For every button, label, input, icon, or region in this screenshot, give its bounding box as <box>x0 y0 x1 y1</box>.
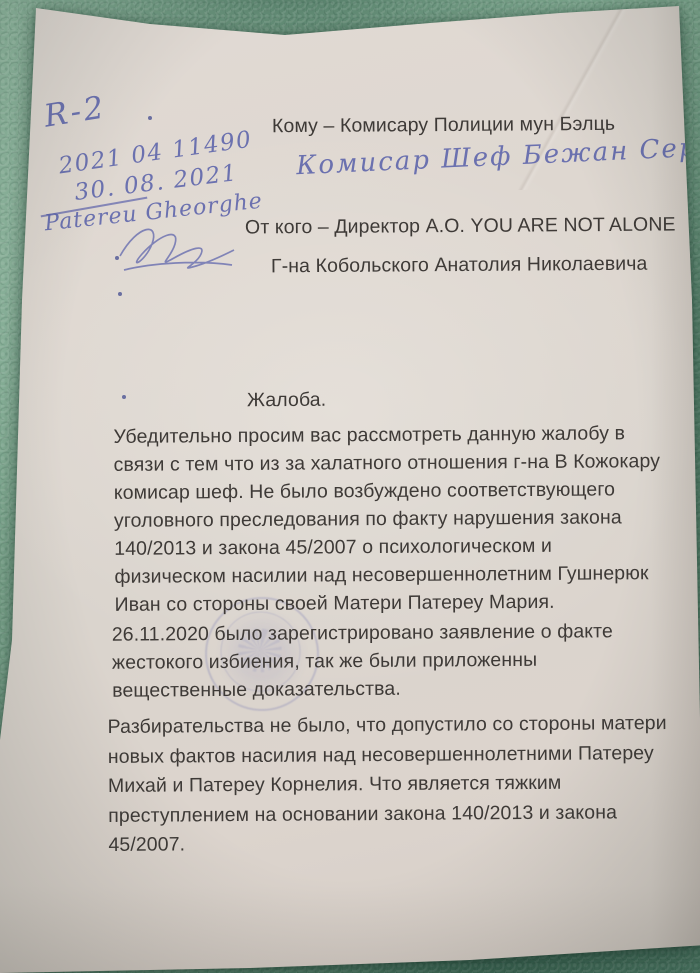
paragraph-1: Убедительно просим вас рассмотреть данну… <box>113 419 661 619</box>
text-line: новых фактов насилия над несовершеннолет… <box>108 739 667 772</box>
text-line: уголовного преследования по факту наруше… <box>114 503 661 535</box>
text-line: 26.11.2020 было зарегистрировано заявлен… <box>112 617 613 648</box>
text-line: Убедительно просим вас рассмотреть данну… <box>113 419 660 451</box>
paragraph-3: Разбирательства не было, что допустило с… <box>107 709 667 860</box>
text-line: 45/2007. <box>108 827 667 860</box>
text-line: 140/2013 и закона 45/2007 о психологичес… <box>114 531 661 563</box>
ink-dot <box>122 395 126 399</box>
text-line: преступлением на основании закона 140/20… <box>108 798 667 831</box>
ink-dot <box>118 292 122 296</box>
sender-line: От кого – Директор А.О. YOU ARE NOT ALON… <box>245 210 676 241</box>
ink-dot <box>148 116 152 120</box>
text-line: Иван со стороны своей Матери Патереу Мар… <box>114 587 661 619</box>
text-line: жестокого избиения, так же были приложен… <box>112 645 613 676</box>
text-line: Разбирательства не было, что допустило с… <box>107 709 666 742</box>
text-line: вещественные доказательства. <box>112 673 613 704</box>
text-line: комисар шеф. Не было возбуждено соответс… <box>114 475 661 507</box>
recipient-line: Кому – Комисару Полиции мун Бэлць <box>272 110 615 140</box>
paper-shadow: R-2 2021 04 11490 30. 08. 2021 Patereu G… <box>0 0 700 973</box>
text-line: Михай и Патереу Корнелия. Что является т… <box>108 768 667 801</box>
complaint-title: Жалоба. <box>247 386 326 415</box>
text-line: связи с тем что из за халатного отношени… <box>114 447 661 479</box>
text-line: физическом насилии над несовершеннолетни… <box>114 559 661 591</box>
photo-of-document: R-2 2021 04 11490 30. 08. 2021 Patereu G… <box>0 0 700 973</box>
ink-dot <box>115 256 119 260</box>
paragraph-2: 26.11.2020 было зарегистрировано заявлен… <box>112 617 614 704</box>
paper-sheet: R-2 2021 04 11490 30. 08. 2021 Patereu G… <box>0 0 700 973</box>
sender-person-line: Г-на Кобольского Анатолия Николаевича <box>271 250 648 281</box>
signature-flourish <box>112 218 242 278</box>
handwritten-case-mark: R-2 <box>42 89 109 134</box>
